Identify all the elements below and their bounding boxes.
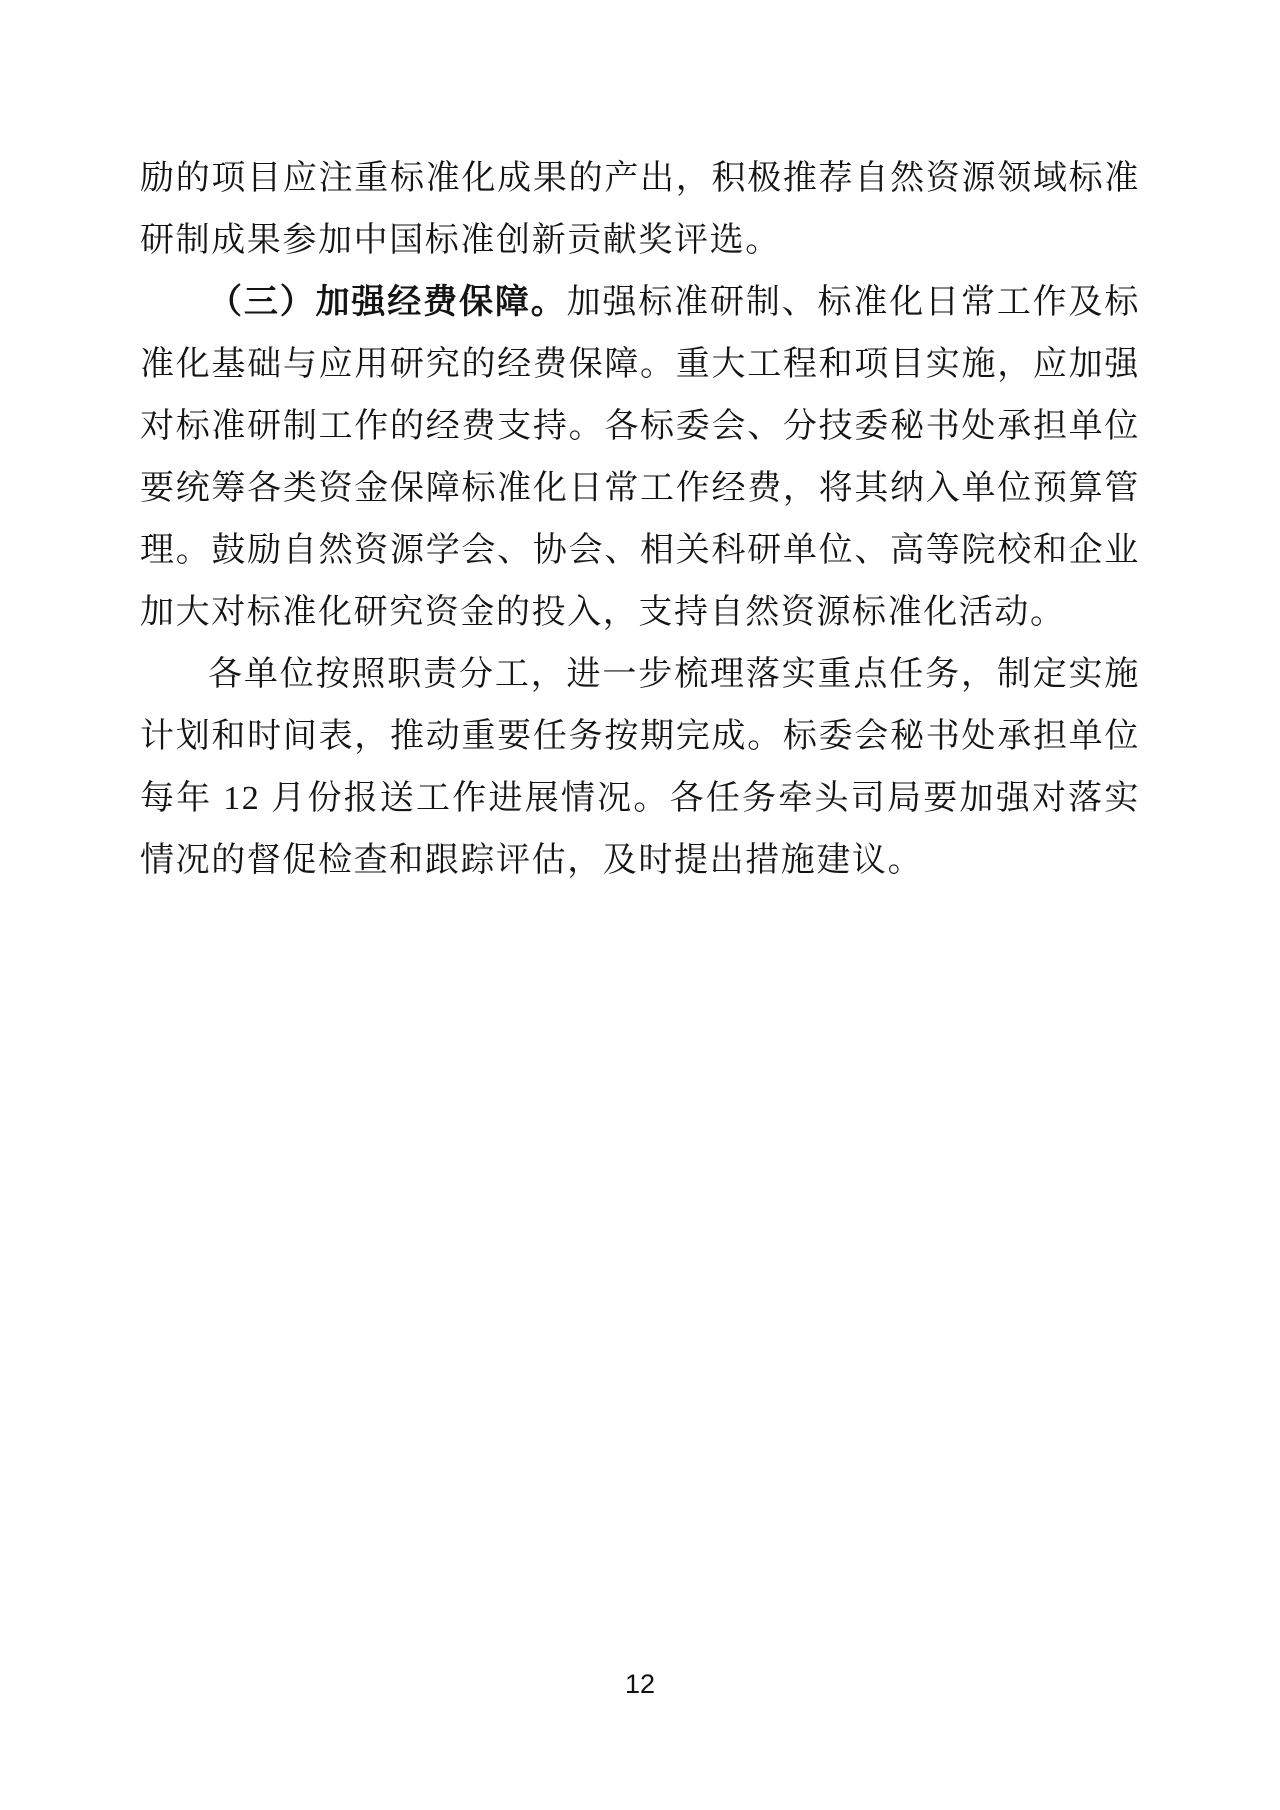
section-3-heading: （三）加强经费保障。	[208, 284, 567, 321]
paragraph-continuation: 励的项目应注重标准化成果的产出，积极推荐自然资源领域标准研制成果参加中国标准创新…	[140, 148, 1140, 272]
page-number: 12	[0, 1668, 1280, 1700]
paragraph-section-3: （三）加强经费保障。加强标准研制、标准化日常工作及标准化基础与应用研究的经费保障…	[140, 272, 1140, 644]
paragraph-closing: 各单位按照职责分工，进一步梳理落实重点任务，制定实施计划和时间表，推动重要任务按…	[140, 644, 1140, 892]
document-page: 励的项目应注重标准化成果的产出，积极推荐自然资源领域标准研制成果参加中国标准创新…	[0, 0, 1280, 1810]
paragraph-closing-text: 各单位按照职责分工，进一步梳理落实重点任务，制定实施计划和时间表，推动重要任务按…	[140, 656, 1140, 879]
paragraph-section-3-text: 加强标准研制、标准化日常工作及标准化基础与应用研究的经费保障。重大工程和项目实施…	[140, 284, 1140, 631]
document-body: 励的项目应注重标准化成果的产出，积极推荐自然资源领域标准研制成果参加中国标准创新…	[140, 148, 1140, 892]
paragraph-continuation-text: 励的项目应注重标准化成果的产出，积极推荐自然资源领域标准研制成果参加中国标准创新…	[140, 160, 1140, 259]
